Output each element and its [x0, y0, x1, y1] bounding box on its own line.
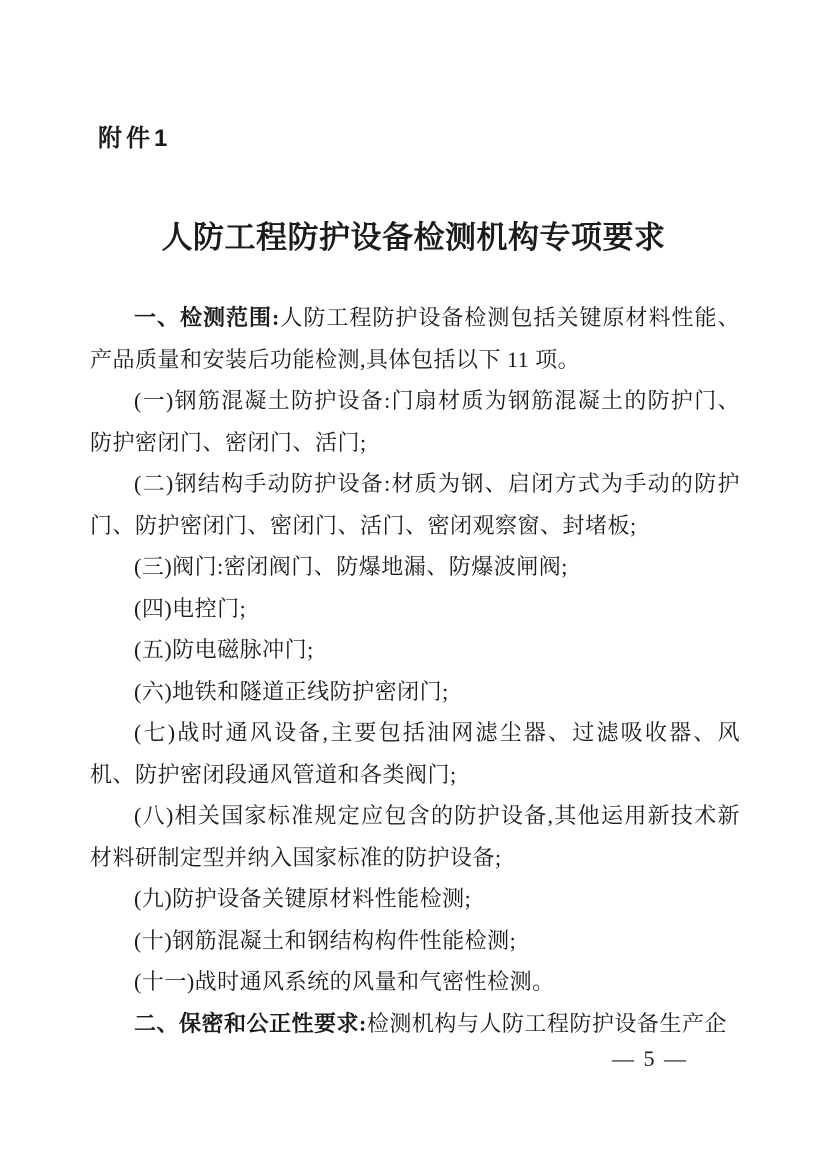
paragraph: (十一)战时通风系统的风量和气密性检测。	[90, 961, 740, 1003]
paragraph: (九)防护设备关键原材料性能检测;	[90, 878, 740, 920]
document-body: 一、检测范围:人防工程防护设备检测包括关键原材料性能、产品质量和安装后功能检测,…	[90, 297, 740, 1044]
paragraph-text: (十)钢筋混凝土和钢结构构件性能检测;	[134, 928, 516, 953]
document-page: 附件1 人防工程防护设备检测机构专项要求 一、检测范围:人防工程防护设备检测包括…	[0, 0, 827, 1169]
paragraph: (四)电控门;	[90, 588, 740, 630]
paragraph: (三)阀门:密闭阀门、防爆地漏、防爆波闸阀;	[90, 546, 740, 588]
paragraph-text: (六)地铁和隧道正线防护密闭门;	[134, 679, 449, 704]
paragraph-text: (九)防护设备关键原材料性能检测;	[134, 886, 471, 911]
paragraph: (六)地铁和隧道正线防护密闭门;	[90, 671, 740, 713]
paragraph: 二、保密和公正性要求:检测机构与人防工程防护设备生产企	[90, 1003, 740, 1045]
paragraph-text: (一)钢筋混凝土防护设备:门扇材质为钢筋混凝土的防护门、防护密闭门、密闭门、活门…	[90, 388, 740, 455]
paragraph: (一)钢筋混凝土防护设备:门扇材质为钢筋混凝土的防护门、防护密闭门、密闭门、活门…	[90, 380, 740, 463]
paragraph-text: (五)防电磁脉冲门;	[134, 637, 314, 662]
paragraph: (八)相关国家标准规定应包含的防护设备,其他运用新技术新材料研制定型并纳入国家标…	[90, 795, 740, 878]
document-title: 人防工程防护设备检测机构专项要求	[0, 212, 827, 257]
paragraph-lead: 二、保密和公正性要求:	[134, 1011, 367, 1036]
page-number: — 5 —	[612, 1046, 688, 1072]
paragraph: 一、检测范围:人防工程防护设备检测包括关键原材料性能、产品质量和安装后功能检测,…	[90, 297, 740, 380]
paragraph-text: (八)相关国家标准规定应包含的防护设备,其他运用新技术新材料研制定型并纳入国家标…	[90, 803, 740, 870]
paragraph-text: (十一)战时通风系统的风量和气密性检测。	[134, 969, 555, 994]
paragraph: (二)钢结构手动防护设备:材质为钢、启闭方式为手动的防护门、防护密闭门、密闭门、…	[90, 463, 740, 546]
paragraph-text: (七)战时通风设备,主要包括油网滤尘器、过滤吸收器、风机、防护密闭段通风管道和各…	[90, 720, 740, 787]
paragraph: (五)防电磁脉冲门;	[90, 629, 740, 671]
paragraph-text: (三)阀门:密闭阀门、防爆地漏、防爆波闸阀;	[134, 554, 568, 579]
paragraph-text: (二)钢结构手动防护设备:材质为钢、启闭方式为手动的防护门、防护密闭门、密闭门、…	[90, 471, 740, 538]
paragraph-text: (四)电控门;	[134, 596, 246, 621]
paragraph-text: 检测机构与人防工程防护设备生产企	[367, 1011, 727, 1036]
attachment-label: 附件1	[98, 118, 171, 153]
paragraph: (十)钢筋混凝土和钢结构构件性能检测;	[90, 920, 740, 962]
paragraph-lead: 一、检测范围:	[134, 305, 280, 330]
paragraph: (七)战时通风设备,主要包括油网滤尘器、过滤吸收器、风机、防护密闭段通风管道和各…	[90, 712, 740, 795]
